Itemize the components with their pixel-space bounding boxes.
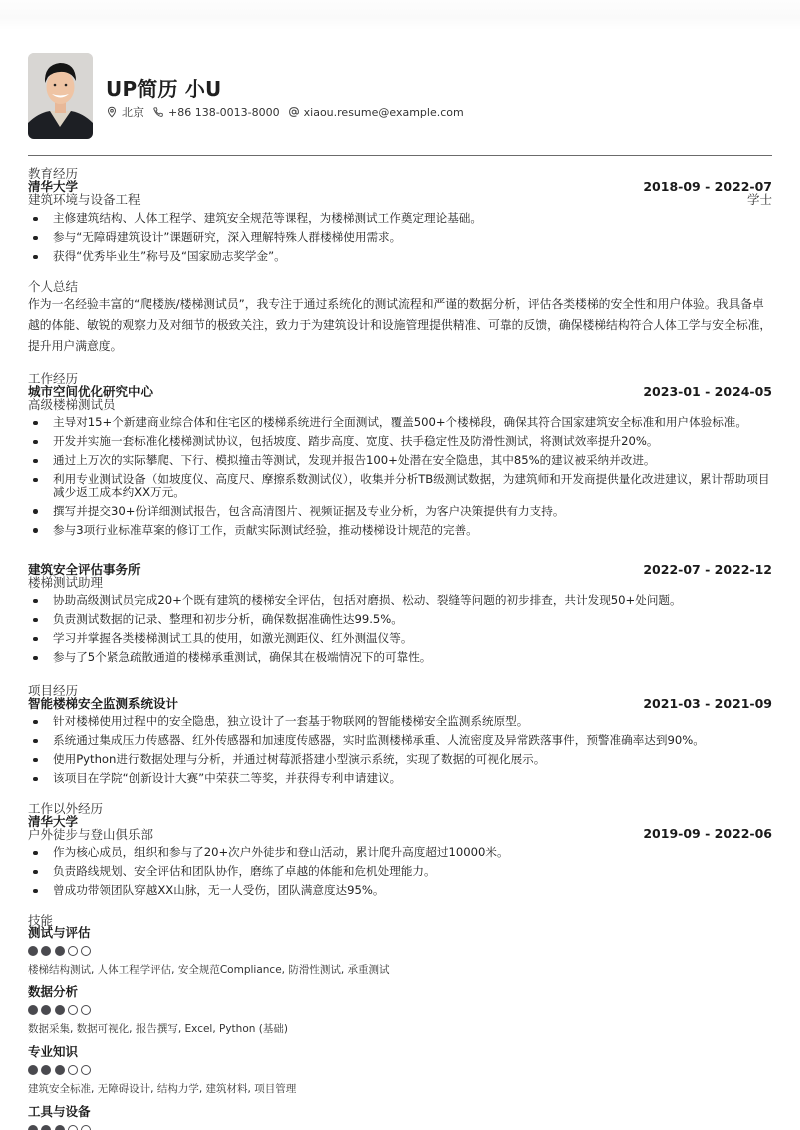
job-title: 楼梯测试助理: [28, 576, 772, 590]
phone-icon: [152, 106, 164, 118]
list-item: 主修建筑结构、人体工程学、建筑安全规范等课程，为楼梯测试工作奠定理论基础。: [28, 212, 772, 225]
section-title: 工作以外经历: [28, 802, 772, 815]
list-item: 曾成功带领团队穿越XX山脉，无一人受伤，团队满意度达95%。: [28, 884, 772, 897]
skill-group: 工具与设备: [28, 1105, 94, 1130]
work-entry-2: 建筑安全评估事务所 楼梯测试助理 2022-07 - 2022-12 协助高级测…: [28, 563, 772, 670]
resume-header: UP简历 小U 北京 +86 138-0013-8000 xiaou.resum…: [28, 53, 772, 139]
project-bullets: 针对楼梯使用过程中的安全隐患，独立设计了一套基于物联网的智能楼梯安全监测系统原型…: [28, 715, 772, 785]
work-entry-head: 城市空间优化研究中心 高级楼梯测试员 2023-01 - 2024-05: [28, 385, 772, 412]
rating-dot-empty: [68, 1065, 78, 1075]
email-text[interactable]: xiaou.resume@example.com: [304, 106, 464, 119]
rating-dot-filled: [28, 1065, 38, 1075]
contact-phone: +86 138-0013-8000: [152, 106, 280, 119]
summary-text: 作为一名经验丰富的“爬楼族/楼梯测试员”，我专注于通过系统化的测试流程和严谨的数…: [28, 294, 772, 357]
work-bullets: 协助高级测试员完成20+个既有建筑的楼梯安全评估，包括对磨损、松动、裂缝等问题的…: [28, 594, 772, 664]
header-divider: [28, 155, 772, 156]
rating-dot-empty: [81, 946, 91, 956]
list-item: 通过上万次的实际攀爬、下行、模拟撞击等测试，发现并报告100+处潜在安全隐患，其…: [28, 454, 772, 467]
rating-dot-empty: [81, 1125, 91, 1130]
contact-email: xiaou.resume@example.com: [288, 106, 464, 119]
skill-name: 专业知识: [28, 1045, 296, 1059]
list-item: 利用专业测试设备（如坡度仪、高度尺、摩擦系数测试仪），收集并分析TB级测试数据，…: [28, 473, 772, 498]
degree: 学士: [747, 193, 772, 207]
skill-level-rating: [28, 1125, 94, 1130]
list-item: 参与3项行业标准草案的修订工作，贡献实际测试经验，推动楼梯设计规范的完善。: [28, 524, 772, 537]
list-item: 参与了5个紧急疏散通道的楼梯承重测试，确保其在极端情况下的可靠性。: [28, 651, 772, 664]
list-item: 主导对15+个新建商业综合体和住宅区的楼梯系统进行全面测试，覆盖500+个楼梯段…: [28, 416, 772, 429]
summary-section: 个人总结 作为一名经验丰富的“爬楼族/楼梯测试员”，我专注于通过系统化的测试流程…: [28, 280, 772, 357]
skill-group: 数据分析 数据采集, 数据可视化, 报告撰写, Excel, Python (基…: [28, 985, 288, 1035]
phone-text: +86 138-0013-8000: [168, 106, 280, 119]
candidate-name: UP简历 小U: [106, 73, 222, 102]
skill-name: 工具与设备: [28, 1105, 94, 1119]
extracurricular-bullets: 作为核心成员，组织和参与了20+次户外徒步和登山活动，累计爬升高度超过10000…: [28, 846, 772, 897]
page-top-shadow: [0, 0, 800, 30]
work-entry-head: 建筑安全评估事务所 楼梯测试助理 2022-07 - 2022-12: [28, 563, 772, 590]
section-title: 个人总结: [28, 280, 772, 293]
rating-dot-filled: [55, 1065, 65, 1075]
rating-dot-filled: [41, 1065, 51, 1075]
list-item: 参与“无障碍建筑设计”课题研究，深入理解特殊人群楼梯使用需求。: [28, 231, 772, 244]
contact-location: 北京: [106, 104, 144, 120]
rating-dot-empty: [81, 1065, 91, 1075]
email-at-icon: [288, 106, 300, 118]
work-date: 2023-01 - 2024-05: [643, 385, 772, 398]
list-item: 获得“优秀毕业生”称号及“国家励志奖学金”。: [28, 250, 772, 263]
skill-items: 数据采集, 数据可视化, 报告撰写, Excel, Python (基础): [28, 1023, 288, 1035]
list-item: 负责测试数据的记录、整理和初步分析，确保数据准确性达99.5%。: [28, 613, 772, 626]
location-text: 北京: [122, 104, 144, 120]
skill-group: 专业知识 建筑安全标准, 无障碍设计, 结构力学, 建筑材料, 项目管理: [28, 1045, 296, 1095]
education-section: 教育经历 清华大学 建筑环境与设备工程 2018-09 - 2022-07 学士…: [28, 167, 772, 269]
extracurricular-entry-head: 清华大学 户外徒步与登山俱乐部 2019-09 - 2022-06: [28, 815, 772, 842]
extracurricular-section: 工作以外经历 清华大学 户外徒步与登山俱乐部 2019-09 - 2022-06…: [28, 802, 772, 903]
skill-items: 楼梯结构测试, 人体工程学评估, 安全规范Compliance, 防滑性测试, …: [28, 964, 390, 976]
list-item: 负责路线规划、安全评估和团队协作，磨练了卓越的体能和危机处理能力。: [28, 865, 772, 878]
rating-dot-empty: [81, 1005, 91, 1015]
rating-dot-filled: [55, 1125, 65, 1130]
rating-dot-empty: [68, 1125, 78, 1130]
rating-dot-filled: [41, 1005, 51, 1015]
skill-items: 建筑安全标准, 无障碍设计, 结构力学, 建筑材料, 项目管理: [28, 1083, 296, 1095]
rating-dot-filled: [41, 946, 51, 956]
list-item: 协助高级测试员完成20+个既有建筑的楼梯安全评估，包括对磨损、松动、裂缝等问题的…: [28, 594, 772, 607]
rating-dot-filled: [55, 946, 65, 956]
education-bullets: 主修建筑结构、人体工程学、建筑安全规范等课程，为楼梯测试工作奠定理论基础。 参与…: [28, 212, 772, 263]
rating-dot-filled: [28, 1125, 38, 1130]
skill-name: 数据分析: [28, 985, 288, 999]
rating-dot-filled: [41, 1125, 51, 1130]
skill-group: 测试与评估 楼梯结构测试, 人体工程学评估, 安全规范Compliance, 防…: [28, 926, 390, 976]
contact-info: 北京 +86 138-0013-8000 xiaou.resume@exampl…: [106, 104, 472, 120]
skill-name: 测试与评估: [28, 926, 390, 940]
rating-dot-empty: [68, 946, 78, 956]
skill-level-rating: [28, 1005, 288, 1015]
list-item: 学习并掌握各类楼梯测试工具的使用，如激光测距仪、红外测温仪等。: [28, 632, 772, 645]
list-item: 开发并实施一套标准化楼梯测试协议，包括坡度、踏步高度、宽度、扶手稳定性及防滑性测…: [28, 435, 772, 448]
list-item: 撰写并提交30+份详细测试报告，包含高清图片、视频证据及专业分析，为客户决策提供…: [28, 505, 772, 518]
skills-section: 技能 测试与评估 楼梯结构测试, 人体工程学评估, 安全规范Compliance…: [28, 914, 772, 1130]
job-title: 高级楼梯测试员: [28, 398, 772, 412]
list-item: 针对楼梯使用过程中的安全隐患，独立设计了一套基于物联网的智能楼梯安全监测系统原型…: [28, 715, 772, 728]
location-pin-icon: [106, 106, 118, 118]
work-date: 2022-07 - 2022-12: [643, 563, 772, 576]
education-entry-head: 清华大学 建筑环境与设备工程 2018-09 - 2022-07 学士: [28, 180, 772, 207]
list-item: 使用Python进行数据处理与分析，并通过树莓派搭建小型演示系统，实现了数据的可…: [28, 753, 772, 766]
rating-dot-empty: [68, 1005, 78, 1015]
profile-photo: [28, 53, 93, 139]
rating-dot-filled: [28, 946, 38, 956]
major: 建筑环境与设备工程: [28, 193, 772, 207]
project-entry-head: 智能楼梯安全监测系统设计 2021-03 - 2021-09: [28, 697, 772, 710]
skill-level-rating: [28, 1065, 296, 1075]
work-section: 工作经历 城市空间优化研究中心 高级楼梯测试员 2023-01 - 2024-0…: [28, 372, 772, 543]
rating-dot-filled: [55, 1005, 65, 1015]
projects-section: 项目经历 智能楼梯安全监测系统设计 2021-03 - 2021-09 针对楼梯…: [28, 684, 772, 791]
list-item: 该项目在学院“创新设计大赛”中荣获二等奖，并获得专利申请建议。: [28, 772, 772, 785]
rating-dot-filled: [28, 1005, 38, 1015]
list-item: 作为核心成员，组织和参与了20+次户外徒步和登山活动，累计爬升高度超过10000…: [28, 846, 772, 859]
list-item: 系统通过集成压力传感器、红外传感器和加速度传感器，实时监测楼梯承重、人流密度及异…: [28, 734, 772, 747]
skill-level-rating: [28, 946, 390, 956]
extracurricular-date: 2019-09 - 2022-06: [643, 827, 772, 840]
work-bullets: 主导对15+个新建商业综合体和住宅区的楼梯系统进行全面测试，覆盖500+个楼梯段…: [28, 416, 772, 536]
project-date: 2021-03 - 2021-09: [643, 697, 772, 710]
